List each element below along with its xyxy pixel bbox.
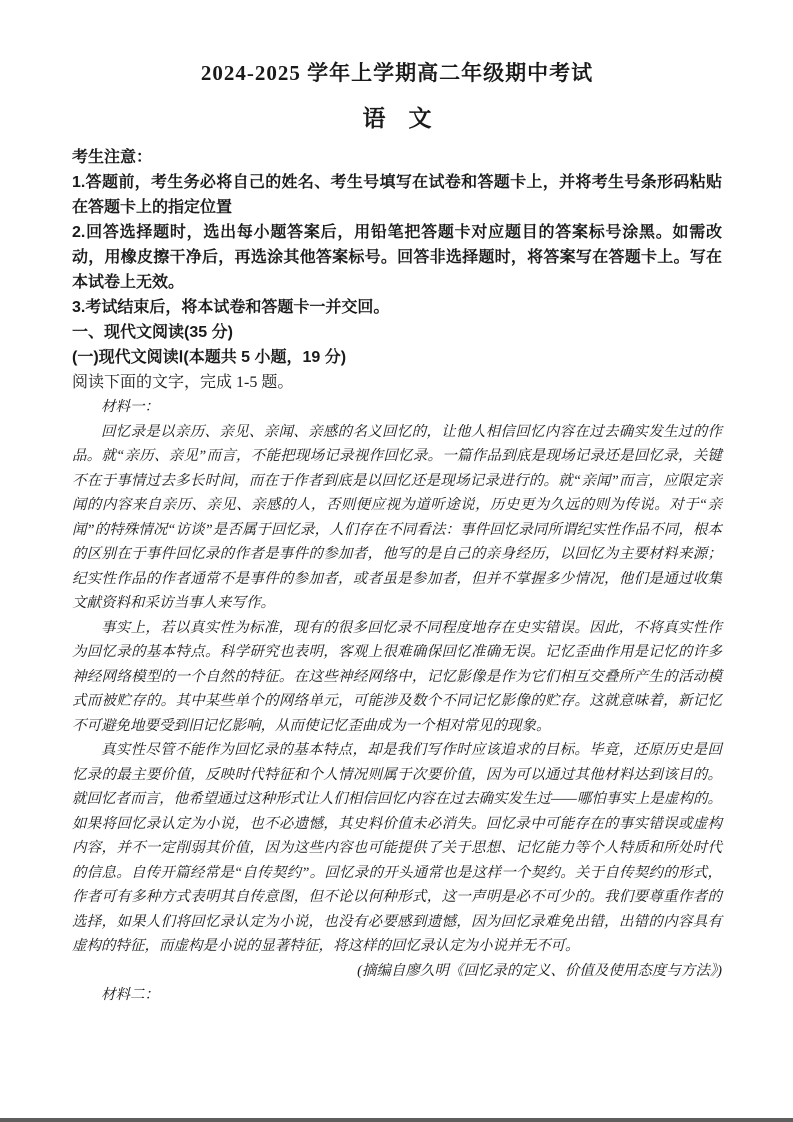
- section-heading-modern-reading: 一、现代文阅读(35 分): [72, 320, 722, 345]
- candidate-notice-section: 考生注意： 1.答题前，考生务必将自己的姓名、考生号填写在试卷和答题卡上，并将考…: [72, 145, 722, 320]
- material-one-paragraph-1: 回忆录是以亲历、亲见、亲闻、亲感的名义回忆的，让他人相信回忆内容在过去确实发生过…: [72, 420, 722, 616]
- material-one-label: 材料一：: [72, 395, 722, 420]
- page-title: 2024-2025 学年上学期高二年级期中考试: [72, 58, 722, 88]
- exam-paper-page: 2024-2025 学年上学期高二年级期中考试 语 文 考生注意： 1.答题前，…: [0, 0, 793, 1122]
- notice-item-2: 2.回答选择题时，选出每小题答案后，用铅笔把答题卡对应题目的答案标号涂黑。如需改…: [72, 220, 722, 295]
- subject-title: 语 文: [72, 104, 722, 134]
- reading-instruction: 阅读下面的文字，完成 1-5 题。: [72, 370, 722, 395]
- material-one-paragraph-3: 真实性尽管不能作为回忆录的基本特点，却是我们写作时应该追求的目标。毕竟，还原历史…: [72, 738, 722, 959]
- subsection-heading-reading-one: (一)现代文阅读Ⅰ(本题共 5 小题，19 分): [72, 345, 722, 370]
- material-two-label: 材料二：: [72, 983, 722, 1008]
- page-content: 2024-2025 学年上学期高二年级期中考试 语 文 考生注意： 1.答题前，…: [0, 58, 793, 1008]
- notice-item-1: 1.答题前，考生务必将自己的姓名、考生号填写在试卷和答题卡上，并将考生号条形码粘…: [72, 170, 722, 220]
- reading-material: 材料一： 回忆录是以亲历、亲见、亲闻、亲感的名义回忆的，让他人相信回忆内容在过去…: [72, 395, 722, 1008]
- material-one-paragraph-2: 事实上，若以真实性为标准，现有的很多回忆录不同程度地存在史实错误。因此，不将真实…: [72, 616, 722, 739]
- notice-item-3: 3.考试结束后，将本试卷和答题卡一并交回。: [72, 295, 722, 320]
- material-one-attribution: (摘编自廖久明《回忆录的定义、价值及使用态度与方法》): [72, 959, 722, 984]
- notice-heading: 考生注意：: [72, 145, 722, 170]
- page-bottom-edge: [0, 1118, 793, 1122]
